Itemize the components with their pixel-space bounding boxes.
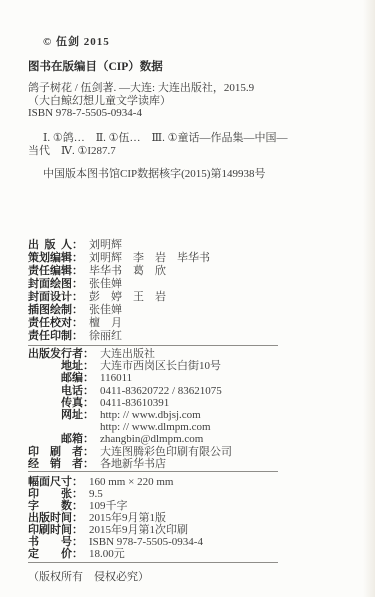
- publisher-label: 经 销 者：: [28, 458, 94, 470]
- publisher-row: http: // www.dlmpm.com: [28, 421, 232, 433]
- publisher-value: 0411-83620722 / 83621075: [100, 385, 222, 397]
- publisher-value: http: // www.dbjsj.com: [100, 409, 201, 421]
- spec-row: 印刷时间： 2015年9月第1次印刷: [28, 524, 203, 536]
- spec-value: 109千字: [89, 500, 128, 512]
- spec-label: 字 数：: [28, 500, 83, 512]
- publisher-label: 邮箱：: [28, 433, 94, 445]
- spec-value: ISBN 978-7-5505-0934-4: [89, 536, 203, 548]
- publisher-value: 大连图腾彩色印刷有限公司: [100, 446, 232, 458]
- credit-value: 张佳婵: [89, 304, 122, 317]
- spec-label: 定 价：: [28, 548, 83, 560]
- credit-value: 刘明辉: [89, 239, 122, 252]
- spec-label: 书 号：: [28, 536, 83, 548]
- credits-block: 出 版 人： 刘明辉 策划编辑： 刘明辉 李 岩 毕华书 责任编辑： 毕华书 葛…: [28, 239, 210, 343]
- spec-value: 2015年9月第1版: [89, 512, 166, 524]
- credit-value: 彭 婷 王 岩: [89, 291, 166, 304]
- credit-value: 毕华书 葛 欣: [89, 265, 166, 278]
- classification-line: 当代 Ⅳ. ①I287.7: [28, 145, 328, 158]
- page-edge-shading: [363, 0, 375, 597]
- publisher-label: [28, 421, 94, 433]
- spec-label: 幅面尺寸：: [28, 476, 83, 488]
- credit-value: 张佳婵: [89, 278, 122, 291]
- publisher-block: 出版发行者： 大连出版社 地址： 大连市西岗区长白街10号 邮编： 116011…: [28, 348, 232, 470]
- credit-row: 责任校对： 檀 月: [28, 317, 210, 330]
- classification-line: Ⅰ. ①鸽… Ⅱ. ①伍… Ⅲ. ①童话—作品集—中国—: [28, 132, 328, 145]
- cip-record-number: 中国版本图书馆CIP数据核字(2015)第149938号: [43, 165, 265, 181]
- credit-label: 封面设计：: [28, 291, 83, 304]
- cip-entry-line: 鸽子树花 / 伍剑著. —大连: 大连出版社，2015.9: [28, 82, 254, 95]
- copyright-warning: （版权所有 侵权必究）: [28, 568, 149, 584]
- publisher-label: 出版发行者：: [28, 348, 94, 360]
- publisher-value: 大连市西岗区长白街10号: [100, 360, 221, 372]
- credit-label: 责任印制：: [28, 330, 83, 343]
- spec-row: 印 张： 9.5: [28, 488, 203, 500]
- spec-row: 字 数： 109千字: [28, 500, 203, 512]
- publisher-row: 邮编： 116011: [28, 372, 232, 384]
- credit-value: 檀 月: [89, 317, 122, 330]
- credit-row: 责任印制： 徐丽红: [28, 330, 210, 343]
- spec-value: 2015年9月第1次印刷: [89, 524, 188, 536]
- spec-value: 9.5: [89, 488, 103, 500]
- credit-row: 责任编辑： 毕华书 葛 欣: [28, 265, 210, 278]
- publisher-value: zhangbin@dlmpm.com: [100, 433, 203, 445]
- credit-label: 封面绘图：: [28, 278, 83, 291]
- credit-label: 责任编辑：: [28, 265, 83, 278]
- copyright-notice: © 伍剑 2015: [43, 33, 110, 49]
- publisher-row: 网址： http: // www.dbjsj.com: [28, 409, 232, 421]
- credit-label: 责任校对：: [28, 317, 83, 330]
- publisher-label: 传真：: [28, 397, 94, 409]
- publisher-row: 邮箱： zhangbin@dlmpm.com: [28, 433, 232, 445]
- cip-classification: Ⅰ. ①鸽… Ⅱ. ①伍… Ⅲ. ①童话—作品集—中国— 当代 Ⅳ. ①I287…: [28, 132, 328, 157]
- divider-line: [28, 345, 278, 346]
- credit-row: 策划编辑： 刘明辉 李 岩 毕华书: [28, 252, 210, 265]
- spec-row: 出版时间： 2015年9月第1版: [28, 512, 203, 524]
- spec-value: 18.00元: [89, 548, 125, 560]
- publisher-value: 116011: [100, 372, 132, 384]
- divider-line: [28, 471, 278, 472]
- publisher-value: 各地新华书店: [100, 458, 166, 470]
- credit-label: 出 版 人：: [28, 239, 83, 252]
- publisher-row: 地址： 大连市西岗区长白街10号: [28, 360, 232, 372]
- credit-row: 封面设计： 彭 婷 王 岩: [28, 291, 210, 304]
- publisher-row: 印 刷 者： 大连图腾彩色印刷有限公司: [28, 446, 232, 458]
- cip-entry-block: 鸽子树花 / 伍剑著. —大连: 大连出版社，2015.9 （大白鲸幻想儿童文学…: [28, 82, 254, 120]
- spec-label: 出版时间：: [28, 512, 83, 524]
- publisher-label: 网址：: [28, 409, 94, 421]
- spec-value: 160 mm × 220 mm: [89, 476, 173, 488]
- specs-block: 幅面尺寸： 160 mm × 220 mm 印 张： 9.5 字 数： 109千…: [28, 476, 203, 560]
- cip-entry-line: ISBN 978-7-5505-0934-4: [28, 107, 254, 120]
- publisher-row: 电话： 0411-83620722 / 83621075: [28, 385, 232, 397]
- spec-row: 幅面尺寸： 160 mm × 220 mm: [28, 476, 203, 488]
- publisher-row: 经 销 者： 各地新华书店: [28, 458, 232, 470]
- spec-label: 印 张：: [28, 488, 83, 500]
- credit-label: 插图绘制：: [28, 304, 83, 317]
- publisher-label: 印 刷 者：: [28, 446, 94, 458]
- publisher-label: 地址：: [28, 360, 94, 372]
- credit-row: 出 版 人： 刘明辉: [28, 239, 210, 252]
- publisher-label: 电话：: [28, 385, 94, 397]
- publisher-value: 0411-83610391: [100, 397, 169, 409]
- publisher-row: 出版发行者： 大连出版社: [28, 348, 232, 360]
- publisher-value: http: // www.dlmpm.com: [100, 421, 211, 433]
- credit-value: 徐丽红: [89, 330, 122, 343]
- credit-row: 插图绘制： 张佳婵: [28, 304, 210, 317]
- cip-heading: 图书在版编目（CIP）数据: [28, 58, 163, 74]
- credit-label: 策划编辑：: [28, 252, 83, 265]
- spec-row: 定 价： 18.00元: [28, 548, 203, 560]
- credit-value: 刘明辉 李 岩 毕华书: [89, 252, 210, 265]
- divider-line: [28, 562, 278, 563]
- publisher-label: 邮编：: [28, 372, 94, 384]
- spec-row: 书 号： ISBN 978-7-5505-0934-4: [28, 536, 203, 548]
- credit-row: 封面绘图： 张佳婵: [28, 278, 210, 291]
- cip-entry-line: （大白鲸幻想儿童文学读库）: [28, 95, 254, 108]
- publisher-value: 大连出版社: [100, 348, 155, 360]
- publisher-row: 传真： 0411-83610391: [28, 397, 232, 409]
- spec-label: 印刷时间：: [28, 524, 83, 536]
